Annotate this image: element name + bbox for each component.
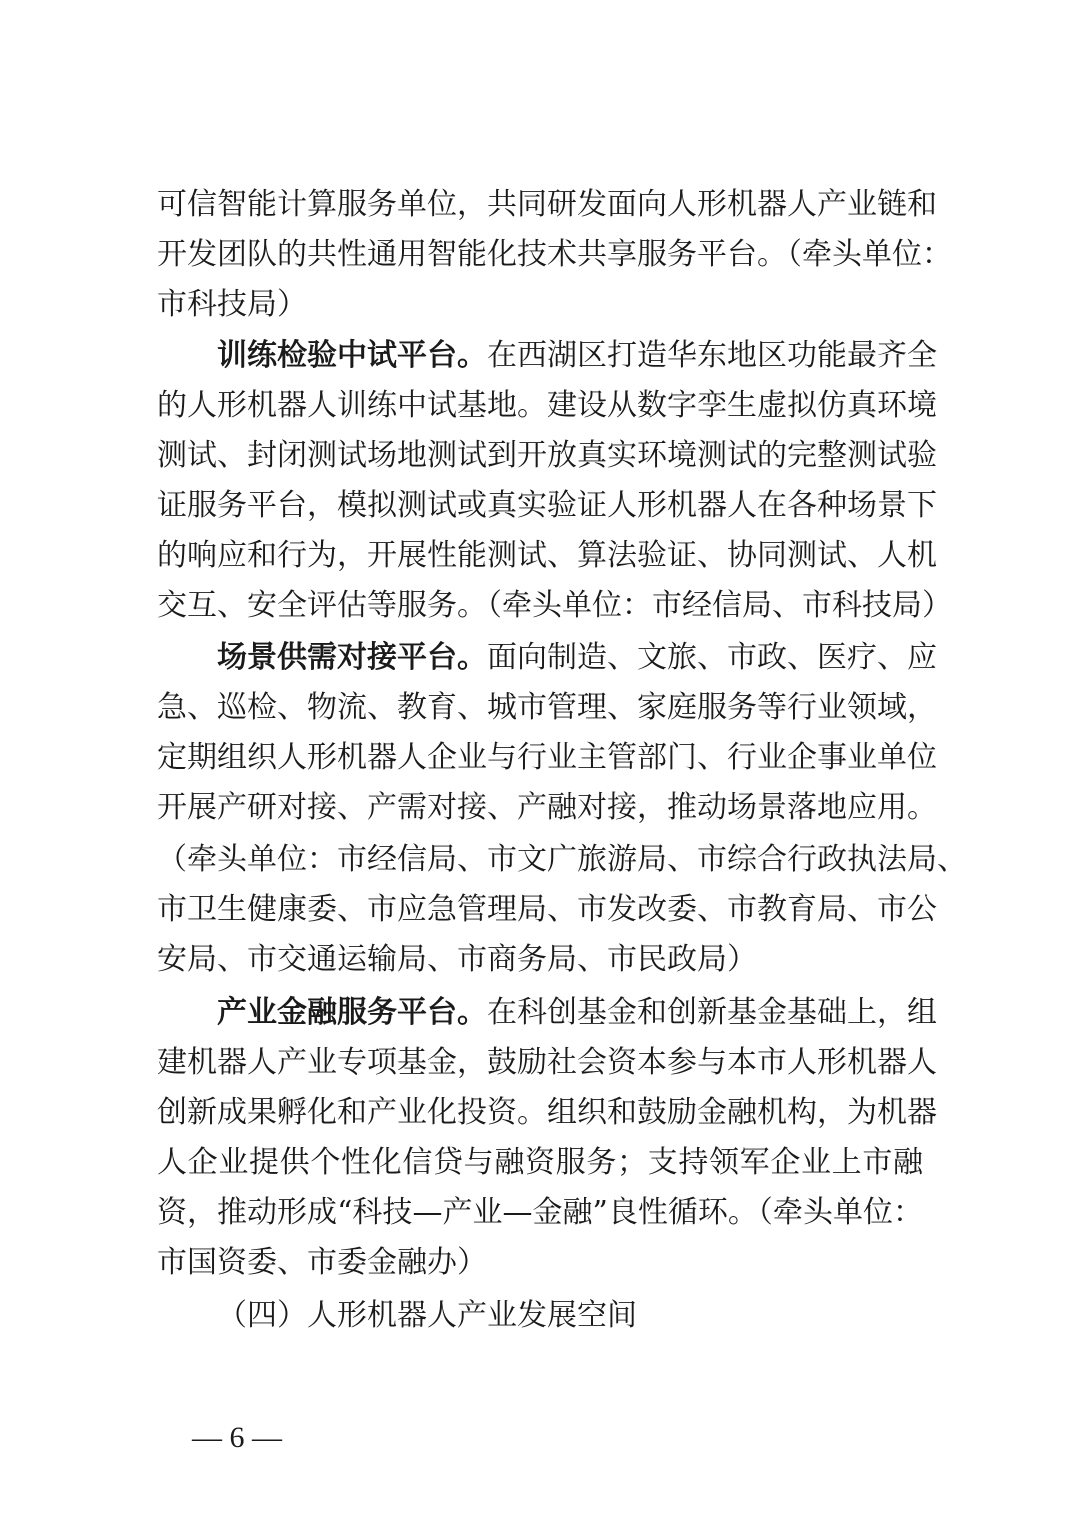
- text-line: 定期组织人形机器人企业与行业主管部门、行业企事业单位: [157, 738, 923, 778]
- text-line: 证服务平台，模拟测试或真实验证人形机器人在各种场景下: [157, 486, 923, 526]
- text-run: 在科创基金和创新基金基础上，组: [487, 995, 937, 1030]
- text-run: 面向制造、文旅、市政、医疗、应: [487, 640, 937, 675]
- platform-title: 产业金融服务平台。: [217, 995, 487, 1030]
- page-number: — 6 —: [192, 1418, 282, 1458]
- text-line: 资，推动形成“科技—产业—金融”良性循环。（牵头单位：: [157, 1193, 923, 1233]
- text-line: 可信智能计算服务单位，共同研发面向人形机器人产业链和: [157, 185, 923, 225]
- text-line: 市卫生健康委、市应急管理局、市发改委、市教育局、市公: [157, 890, 923, 930]
- text-line: 开发团队的共性通用智能化技术共享服务平台。（牵头单位：: [157, 235, 923, 275]
- text-line: 安局、市交通运输局、市商务局、市民政局）: [157, 940, 923, 980]
- text-line: 人企业提供个性化信贷与融资服务；支持领军企业上市融: [157, 1143, 923, 1183]
- text-line: （牵头单位：市经信局、市文广旅游局、市综合行政执法局、: [157, 840, 923, 880]
- text-run: 在西湖区打造华东地区功能最齐全: [487, 338, 937, 373]
- text-line: 测试、封闭测试场地测试到开放真实环境测试的完整测试验: [157, 436, 923, 476]
- text-line: 的响应和行为，开展性能测试、算法验证、协同测试、人机: [157, 536, 923, 576]
- document-page: 可信智能计算服务单位，共同研发面向人形机器人产业链和 开发团队的共性通用智能化技…: [0, 0, 1080, 1528]
- platform-title: 训练检验中试平台。: [217, 338, 487, 373]
- paragraph-first-line: 场景供需对接平台。面向制造、文旅、市政、医疗、应: [217, 638, 923, 678]
- text-line: 急、巡检、物流、教育、城市管理、家庭服务等行业领域，: [157, 688, 923, 728]
- text-line: 市国资委、市委金融办）: [157, 1243, 923, 1283]
- text-line: 的人形机器人训练中试基地。建设从数字孪生虚拟仿真环境: [157, 386, 923, 426]
- text-line: 交互、安全评估等服务。（牵头单位：市经信局、市科技局）: [157, 586, 923, 626]
- text-line: 市科技局）: [157, 285, 923, 325]
- paragraph-first-line: 训练检验中试平台。在西湖区打造华东地区功能最齐全: [217, 336, 923, 376]
- section-heading: （四）人形机器人产业发展空间: [217, 1296, 637, 1336]
- text-line: 开展产研对接、产需对接、产融对接，推动场景落地应用。: [157, 788, 923, 828]
- platform-title: 场景供需对接平台。: [217, 640, 487, 675]
- text-line: 建机器人产业专项基金，鼓励社会资本参与本市人形机器人: [157, 1043, 923, 1083]
- paragraph-first-line: 产业金融服务平台。在科创基金和创新基金基础上，组: [217, 993, 923, 1033]
- text-line: 创新成果孵化和产业化投资。组织和鼓励金融机构，为机器: [157, 1093, 923, 1133]
